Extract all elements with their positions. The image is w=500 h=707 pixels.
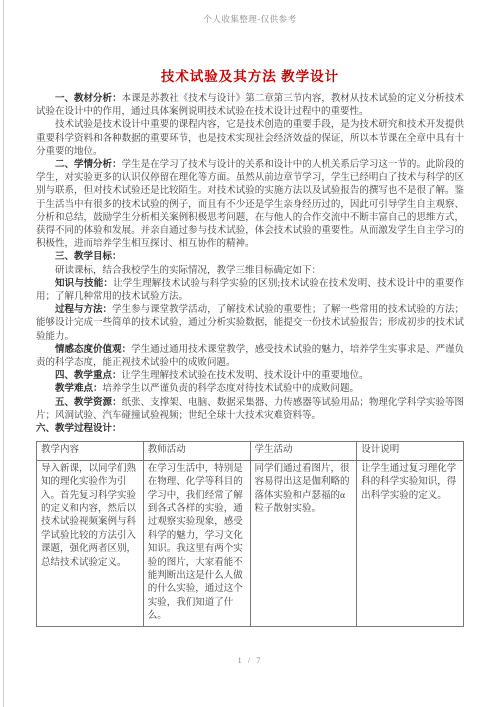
- table-cell: 让学生通过复习理化学科的科学实验知识，得出科学实验的定义。: [357, 460, 464, 626]
- paragraph: 教学难点：培养学生以严谨负责的科学态度对待技术试验中的成败问题。: [36, 383, 464, 396]
- paragraph-heading-run: 四、教学重点：: [55, 371, 122, 381]
- paragraph-text-run: 学生是在学习了技术与设计的关系和设计中的人机关系后学习这一节的。此阶段的学生，对…: [36, 160, 464, 249]
- page-number: 1 / 7: [0, 655, 500, 665]
- paragraph: 四、教学重点：让学生理解技术试验在技术发明、技术设计中的重要地位。: [36, 370, 464, 383]
- paragraph: 三、教学目标：: [36, 251, 464, 264]
- teaching-process-table: 教学内容教师活动学生活动设计说明 导入新课，以同学们熟知的理化实验作为引入。首先…: [36, 441, 464, 626]
- table-header-row: 教学内容教师活动学生活动设计说明: [37, 442, 464, 460]
- paragraph-heading-run: 知识与技能：: [55, 279, 113, 289]
- paragraph-heading-run: 五、教学资源：: [55, 398, 122, 408]
- table-header-cell: 教师活动: [143, 442, 250, 460]
- page-edge-line: [3, 0, 4, 707]
- paragraph: 过程与方法：学生参与课堂教学活动，了解技术试验的重要性；了解一些常用的技术试验的…: [36, 304, 464, 344]
- page-header-note: 个人收集整理-仅供参考: [0, 13, 500, 25]
- table-header-cell: 学生活动: [250, 442, 357, 460]
- paragraph-heading-run: 教学难点：: [55, 384, 103, 394]
- paragraph-text-run: 培养学生以严谨负责的科学态度对待技术试验中的成败问题。: [103, 384, 360, 394]
- paragraph-text-run: 技术试验是技术设计中重要的课程内容，它是技术创造的重要手段，是为技术研究和技术开…: [36, 120, 464, 156]
- table-header-cell: 教学内容: [37, 442, 144, 460]
- paragraph: 五、教学资源：纸张、支撑架、电脑、数据采集器、力传感器等试验用品；物理化学科学实…: [36, 397, 464, 423]
- paragraph: 研读课标，结合我校学生的实际情况，教学三维目标确定如下：: [36, 265, 464, 278]
- paragraph-text-run: 研读课标，结合我校学生的实际情况，教学三维目标确定如下：: [55, 266, 321, 276]
- paragraph-heading-run: 情感态度价值观：: [55, 345, 131, 355]
- paragraph-heading-run: 六、教学过程设计：: [36, 424, 122, 434]
- table-header-cell: 设计说明: [357, 442, 464, 460]
- paragraph-heading-run: 三、教学目标：: [55, 252, 122, 262]
- table-cell: 在学习生活中，特别是在物理、化学等科目的学习中，我们经常了解到各式各样的实验，通…: [143, 460, 250, 626]
- table-row: 导入新课，以同学们熟知的理化实验作为引入。首先复习科学实验的定义和内容，然后以技…: [37, 460, 464, 626]
- paragraph: 六、教学过程设计：: [36, 423, 464, 436]
- table-cell: 导入新课，以同学们熟知的理化实验作为引入。首先复习科学实验的定义和内容，然后以技…: [37, 460, 144, 626]
- paragraph-heading-run: 过程与方法：: [55, 305, 112, 315]
- paragraph-heading-run: 二、学情分析：: [55, 160, 122, 170]
- paragraph: 一、教材分析：本课是苏教社《技术与设计》第二章第三节内容，教材从技术试验的定义分…: [36, 93, 464, 119]
- table-head: 教学内容教师活动学生活动设计说明: [37, 442, 464, 460]
- document-page: 个人收集整理-仅供参考 技术试验及其方法 教学设计 一、教材分析：本课是苏教社《…: [0, 0, 500, 707]
- paragraph: 情感态度价值观：学生通过通用技术课堂教学，感受技术试验的魅力，培养学生实事求是、…: [36, 344, 464, 370]
- document-title: 技术试验及其方法 教学设计: [0, 65, 500, 85]
- paragraph-heading-run: 一、教材分析：: [55, 94, 122, 104]
- table-body: 导入新课，以同学们熟知的理化实验作为引入。首先复习科学实验的定义和内容，然后以技…: [37, 460, 464, 626]
- paragraph: 二、学情分析：学生是在学习了技术与设计的关系和设计中的人机关系后学习这一节的。此…: [36, 159, 464, 251]
- table-cell: 同学们通过看图片，很容易得出这是伽利略的落体实验和卢瑟福的α 粒子散射实验。: [250, 460, 357, 626]
- paragraph: 技术试验是技术设计中重要的课程内容，它是技术创造的重要手段，是为技术研究和技术开…: [36, 119, 464, 159]
- paragraph-text-run: 让学生理解技术试验在技术发明、技术设计中的重要地位。: [122, 371, 369, 381]
- document-body: 一、教材分析：本课是苏教社《技术与设计》第二章第三节内容，教材从技术试验的定义分…: [36, 93, 464, 436]
- paragraph: 知识与技能：让学生理解技术试验与科学实验的区别;技术试验在技术发明、技术设计中的…: [36, 278, 464, 304]
